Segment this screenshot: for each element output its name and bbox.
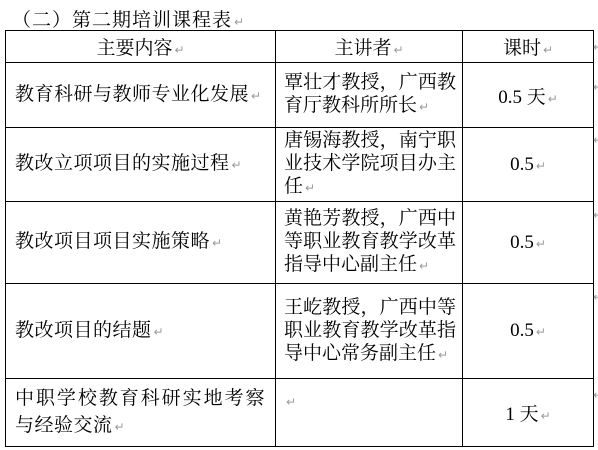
table-row: 中职学校教育科研实地考察与经验交流↵ ↵ 1 天↵	[6, 379, 594, 447]
paragraph-mark-icon: ↵	[115, 420, 125, 434]
cell-content: 教育科研与教师专业化发展↵	[6, 63, 276, 128]
course-schedule-table: 主要内容↵ 主讲者↵ 课时↵ 教育科研与教师专业化发展↵ 覃壮才教授，广西教育厅…	[5, 30, 594, 447]
cell-speaker: 唐锡海教授，南宁职业技术学院项目办主任↵	[276, 128, 463, 202]
cell-hours: 0.5↵	[463, 284, 594, 379]
row-end-mark-icon: ↵	[593, 208, 598, 222]
cell-hours: 0.5 天↵	[463, 63, 594, 128]
paragraph-mark-icon: ↵	[174, 43, 184, 57]
paragraph-mark-icon: ↵	[393, 43, 403, 57]
page-title-text: （二）第二期培训课程表	[12, 10, 232, 31]
paragraph-mark-icon: ↵	[286, 395, 296, 409]
header-cell-main-content: 主要内容↵	[6, 31, 276, 63]
table-header-row: 主要内容↵ 主讲者↵ 课时↵	[6, 31, 594, 63]
header-label: 课时	[503, 38, 541, 59]
cell-text: 1 天	[505, 404, 538, 425]
cell-hours: 0.5↵	[463, 128, 594, 202]
row-end-mark-icon: ↵	[593, 133, 598, 147]
cell-content: 教改项目的结题↵	[6, 284, 276, 379]
paragraph-mark-icon: ↵	[419, 100, 429, 114]
cell-content: 教改立项项目的实施过程↵	[6, 128, 276, 202]
paragraph-mark-icon: ↵	[234, 15, 244, 29]
cell-speaker: 覃壮才教授，广西教育厅教科所所长↵	[276, 63, 463, 128]
cell-speaker: 王屹教授，广西中等职业教育教学改革指导中心常务副主任↵	[276, 284, 463, 379]
cell-speaker-empty: ↵	[276, 379, 463, 447]
row-end-mark-icon: ↵	[593, 290, 598, 304]
cell-text: 教改项目项目实施策略	[15, 231, 210, 252]
row-end-mark-icon: ↵	[593, 40, 598, 54]
table-row: 教改项目的结题↵ 王屹教授，广西中等职业教育教学改革指导中心常务副主任↵ 0.5…	[6, 284, 594, 379]
header-cell-speaker: 主讲者↵	[276, 31, 463, 63]
row-end-mark-icon: ↵	[593, 80, 598, 94]
header-label: 主讲者	[334, 38, 391, 59]
cell-text: 中职学校教育科研实地考察与经验交流	[15, 388, 265, 436]
paragraph-mark-icon: ↵	[232, 158, 242, 172]
paragraph-mark-icon: ↵	[419, 259, 429, 273]
cell-content: 教改项目项目实施策略↵	[6, 202, 276, 284]
cell-text: 0.5 天	[498, 87, 546, 108]
cell-text: 教育科研与教师专业化发展	[15, 84, 249, 105]
cell-text: 教改立项项目的实施过程	[15, 153, 230, 174]
table-row: 教改项目项目实施策略↵ 黄艳芳教授，广西中等职业教育教学改革指导中心副主任↵ 0…	[6, 202, 594, 284]
row-end-mark-icon: ↵	[593, 388, 598, 402]
paragraph-mark-icon: ↵	[305, 181, 315, 195]
cell-text: 覃壮才教授，广西教育厅教科所所长	[284, 72, 456, 116]
paragraph-mark-icon: ↵	[548, 92, 558, 106]
cell-content: 中职学校教育科研实地考察与经验交流↵	[6, 379, 276, 447]
paragraph-mark-icon: ↵	[438, 348, 448, 362]
cell-text: 王屹教授，广西中等职业教育教学改革指导中心常务副主任	[284, 297, 456, 364]
cell-hours: 1 天↵	[463, 379, 594, 447]
cell-text: 教改项目的结题	[15, 320, 152, 341]
cell-speaker: 黄艳芳教授，广西中等职业教育教学改革指导中心副主任↵	[276, 202, 463, 284]
paragraph-mark-icon: ↵	[536, 159, 546, 173]
paragraph-mark-icon: ↵	[541, 409, 551, 423]
page-title: （二）第二期培训课程表↵	[12, 5, 244, 32]
paragraph-mark-icon: ↵	[154, 325, 164, 339]
cell-text: 黄艳芳教授，广西中等职业教育教学改革指导中心副主任	[284, 208, 456, 275]
paragraph-mark-icon: ↵	[536, 325, 546, 339]
cell-text: 0.5	[510, 154, 534, 175]
paragraph-mark-icon: ↵	[212, 236, 222, 250]
header-cell-hours: 课时↵	[463, 31, 594, 63]
cell-text: 0.5	[510, 232, 534, 253]
header-label: 主要内容	[96, 38, 172, 59]
document-page: { "title": { "text": "（二）第二期培训课程表" }, "m…	[0, 0, 598, 450]
paragraph-mark-icon: ↵	[251, 89, 261, 103]
cell-text: 0.5	[510, 320, 534, 341]
table-row: 教改立项项目的实施过程↵ 唐锡海教授，南宁职业技术学院项目办主任↵ 0.5↵	[6, 128, 594, 202]
cell-hours: 0.5↵	[463, 202, 594, 284]
paragraph-mark-icon: ↵	[536, 237, 546, 251]
paragraph-mark-icon: ↵	[543, 43, 553, 57]
table-row: 教育科研与教师专业化发展↵ 覃壮才教授，广西教育厅教科所所长↵ 0.5 天↵	[6, 63, 594, 128]
